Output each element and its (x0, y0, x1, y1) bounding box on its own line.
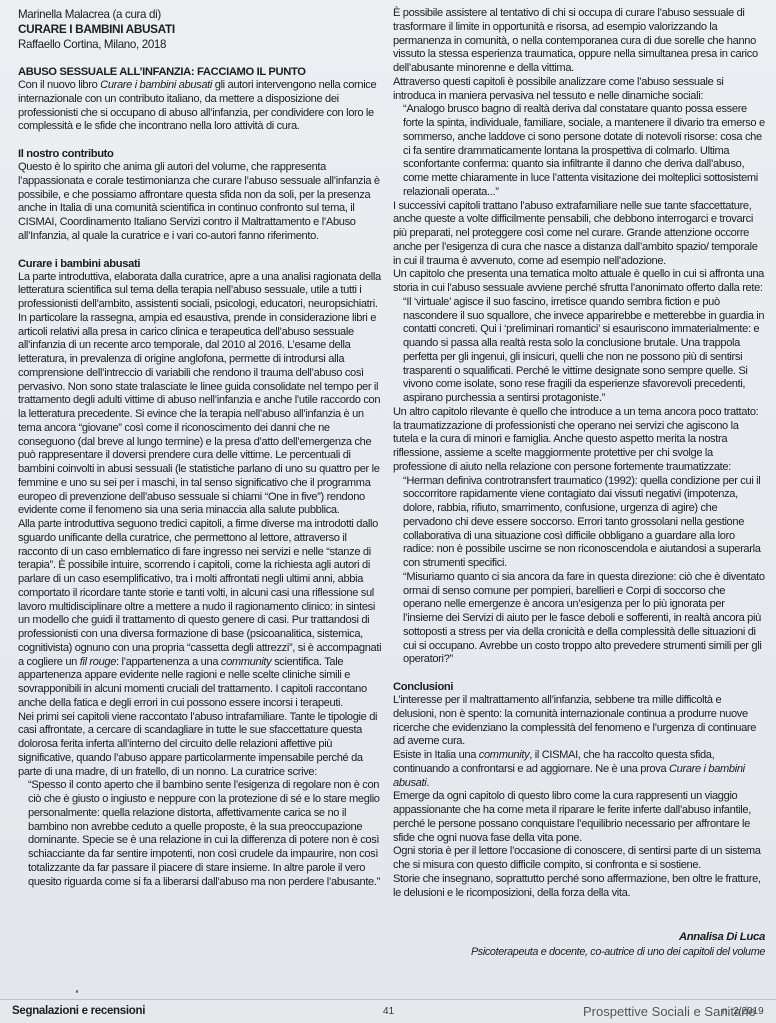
section-title-curare: Curare i bambini abusati (18, 257, 382, 271)
paragraph: È possibile assistere al tentativo di ch… (393, 7, 765, 76)
paragraph: Un capitolo che presenta una tematica mo… (393, 268, 765, 296)
reviewer-name: Annalisa Di Luca (393, 930, 765, 945)
block-quote: “Il ‘virtuale’ agisce il suo fascino, ir… (393, 296, 765, 406)
magazine-page: Marinella Malacrea (a cura di) CURARE I … (0, 0, 776, 1023)
paragraph: Attraverso questi capitoli è possibile a… (393, 76, 765, 104)
page-footer: Segnalazioni e recensioni 41 Prospettive… (0, 999, 776, 1023)
block-quote: “Spesso il conto aperto che il bambino s… (18, 779, 382, 889)
paragraph: Storie che insegnano, soprattutto perché… (393, 873, 765, 901)
paragraph: Esiste in Italia una community, il CISMA… (393, 749, 765, 790)
left-column: Marinella Malacrea (a cura di) CURARE I … (18, 7, 382, 889)
right-column: È possibile assistere al tentativo di ch… (393, 7, 765, 960)
paragraph: Questo è lo spirito che anima gli autori… (18, 161, 382, 244)
intro-paragraph: Con il nuovo libro Curare i bambini abus… (18, 79, 382, 134)
book-publisher: Raffaello Cortina, Milano, 2018 (18, 37, 382, 52)
reviewer-role: Psicoterapeuta e docente, co-autrice di … (393, 945, 765, 960)
paragraph: Nei primi sei capitoli viene raccontato … (18, 711, 382, 780)
page-number: 41 (383, 1006, 394, 1017)
book-title-italic: Curare i bambini abusati (100, 79, 212, 91)
review-headline: ABUSO SESSUALE ALL’INFANZIA: FACCIAMO IL… (18, 65, 382, 79)
scan-speck (76, 990, 78, 993)
paragraph: Ogni storia è per il lettore l’occasione… (393, 845, 765, 873)
issue-number: n. 2/2019 (722, 1006, 764, 1017)
paragraph: I successivi capitoli trattano l’abuso e… (393, 200, 765, 269)
section-title-conclusioni: Conclusioni (393, 680, 765, 694)
paragraph: La parte introduttiva, elaborata dalla c… (18, 271, 382, 519)
book-title: CURARE I BAMBINI ABUSATI (18, 22, 382, 37)
book-author: Marinella Malacrea (a cura di) (18, 7, 382, 22)
section-title-contributo: Il nostro contributo (18, 147, 382, 161)
footer-section-name: Segnalazioni e recensioni (12, 1005, 145, 1017)
paragraph: Un altro capitolo rilevante è quello che… (393, 406, 765, 475)
block-quote: “Herman definiva controtransfert traumat… (393, 475, 765, 571)
paragraph: Alla parte introduttiva seguono tredici … (18, 518, 382, 711)
review-signature: Annalisa Di Luca Psicoterapeuta e docent… (393, 930, 765, 960)
paragraph: L’interesse per il maltrattamento all’in… (393, 694, 765, 749)
block-quote: “Analogo brusco bagno di realtà deriva d… (393, 103, 765, 199)
block-quote: “Misuriamo quanto ci sia ancora da fare … (393, 571, 765, 667)
paragraph: Emerge da ogni capitolo di questo libro … (393, 790, 765, 845)
